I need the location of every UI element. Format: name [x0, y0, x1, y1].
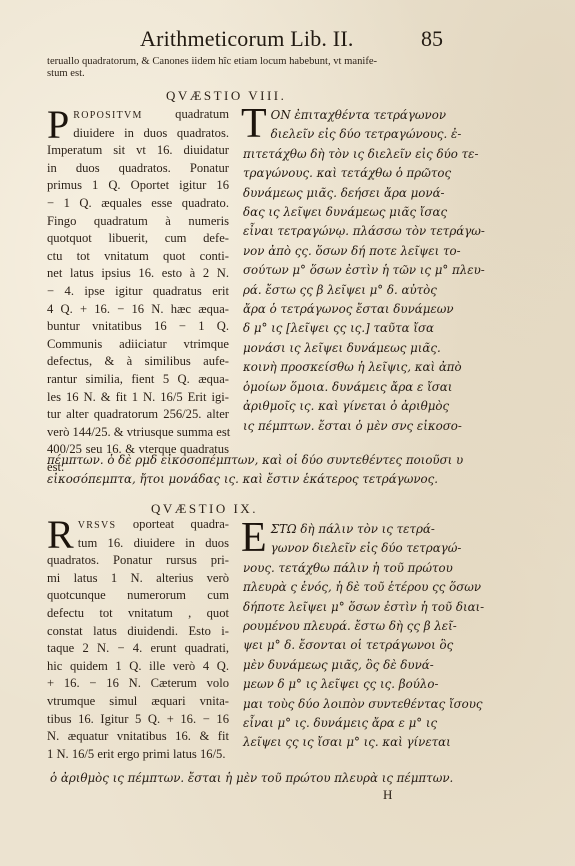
- text-line: ψει μ° δ. ἔσονται οἱ τετράγωνοι ὃς: [243, 636, 443, 655]
- text-line: νον ἀπὸ ςς. ὅσων δή ποτε λεῖψει το-: [243, 242, 443, 261]
- text-line: − 1 Q. æquales esse quadrato.: [47, 195, 229, 213]
- text-line: κοινὴ προσκείσθω ἡ λεῖψις, καὶ ἀπὸ: [243, 358, 443, 377]
- text-line: εἰκοσόπεμπτα, ἤτοι μονάδας ις. καὶ ἔστιν…: [47, 470, 467, 489]
- text-line: ΟΝ ἐπιταχθέντα τετράγωνον: [243, 106, 443, 125]
- smallcaps-word: ROPOSITVM: [73, 110, 143, 121]
- quaestio-8-title: QVÆSTIO VIII.: [166, 88, 286, 104]
- text-line: διελεῖν εἰς δύο τετραγώνους. ἐ-: [243, 125, 443, 144]
- text-line: δήποτε λεῖψει μ° ὅσων ἐστὶν ἡ τοῦ διαι-: [243, 598, 443, 617]
- text-line: teruallo quadratorum, & Canones iidem hî…: [47, 56, 407, 68]
- text-line: σούτων μ° ὅσων ἐστὶν ἡ τῶν ις μ° πλευ-: [243, 261, 443, 280]
- quaestio-9-latin-column: R VRSVS oporteat quadra- tum 16. diuider…: [47, 516, 229, 763]
- text-line: μὲν δυνάμεως μιᾶς, ὃς δὲ δυνά-: [243, 656, 443, 675]
- text-line: ις πέμπτων. ἔσται ὁ μὲν σνς εἰκοσο-: [243, 417, 443, 436]
- text-line: tum 16. diuidere in duos: [47, 535, 229, 553]
- text-line: Communis adiiciatur vtrimque: [47, 336, 229, 354]
- text-line: Fingo quadratum à numeris: [47, 213, 229, 231]
- text-line: quotquot libuerit, cum defe-: [47, 230, 229, 248]
- text-line: μαι τοὺς δύο λοιπὸν συντεθέντας ἴσους: [243, 695, 443, 714]
- text-line: tur alter quadratorum 256/25. alter: [47, 406, 229, 424]
- text-line: mi latus 1 N. alterius verò: [47, 570, 229, 588]
- text-line: VRSVS oporteat quadra-: [47, 516, 229, 535]
- text-line: δας ις λεῖψει δυνάμεως μιᾶς ἴσας: [243, 203, 443, 222]
- text-line: + 16. − 16 N. Cæterum volo: [47, 675, 229, 693]
- dropcap-letter: R: [47, 518, 74, 552]
- text-line: les 16 N. & fit 1 N. 16/5 Erit igi-: [47, 389, 229, 407]
- text-line: μεων δ μ° ις λεῖψει ςς ις. βούλο-: [243, 675, 443, 694]
- signature-mark: H: [383, 787, 392, 803]
- text-line: εἶναι τετραγώνῳ. πλάσσω τὸν τετράγω-: [243, 222, 443, 241]
- text-line: − 4. ipse igitur quadratus erit: [47, 283, 229, 301]
- text-line: Imperatum sit vt 16. diuidatur: [47, 142, 229, 160]
- dropcap-letter: Ε: [241, 520, 267, 556]
- text-line: ρουμένου πλευρά. ἔστω δὴ ςς β λεῖ-: [243, 617, 443, 636]
- text-line: verò 144/25. & vtriusque summa est: [47, 424, 229, 442]
- text-line: in duos quadratos. Ponatur: [47, 160, 229, 178]
- quaestio-8-latin-column: P ROPOSITVM quadratum diuidere in duos q…: [47, 106, 229, 476]
- text-line: constat latus diuidendi. Esto i-: [47, 623, 229, 641]
- text-line: quadratos. Ponatur rursus pri-: [47, 552, 229, 570]
- text-line: μονάσι ις λεῖψει δυνάμεως μιᾶς.: [243, 339, 443, 358]
- text-line: τραγώνους. καὶ τετάχθω ὁ πρῶτος: [243, 164, 443, 183]
- text-line: tibus 16. Igitur 5 Q. + 16. − 16: [47, 711, 229, 729]
- carry-over-paragraph: teruallo quadratorum, & Canones iidem hî…: [47, 56, 407, 80]
- text-line: vtrumque simul æquari vnita-: [47, 693, 229, 711]
- book-page: Arithmeticorum Lib. II. 85 teruallo quad…: [0, 0, 575, 866]
- text-line: ROPOSITVM quadratum: [47, 106, 229, 125]
- quaestio-8-greek-conclusion: πέμπτων. ὁ δὲ ρμδ εἰκοσοπέμπτων, καὶ οἱ …: [47, 451, 467, 490]
- text-line: primus 1 Q. Oportet igitur 16: [47, 177, 229, 195]
- quaestio-9-greek-conclusion: ὁ ἀριθμὸς ις πέμπτων. ἔσται ἡ μὲν τοῦ πρ…: [50, 769, 470, 788]
- text-line: ἀριθμοῖς ις. καὶ γίνεται ὁ ἀριθμὸς: [243, 397, 443, 416]
- text-line: quotcunque numerorum cum: [47, 587, 229, 605]
- text-line: stum est.: [47, 68, 407, 80]
- text-line: νους. τετάχθω πάλιν ἡ τοῦ πρώτου: [243, 559, 443, 578]
- text-line: εἶναι μ° ις. δυνάμεις ἄρα ε μ° ις: [243, 714, 443, 733]
- text-line: taque 2 N. − 4. erunt quadrati,: [47, 640, 229, 658]
- text-line: N. æquatur vnitatibus 16. & fit: [47, 728, 229, 746]
- text-line: ὁμοίων ὅμοια. δυνάμεις ἄρα ε ἴσαι: [243, 378, 443, 397]
- text-line: ὁ ἀριθμὸς ις πέμπτων. ἔσται ἡ μὲν τοῦ πρ…: [50, 769, 470, 788]
- text-line: net latus ipsius 16. esto à 2 N.: [47, 265, 229, 283]
- text-line: buntur vnitatibus 16 − 1 Q.: [47, 318, 229, 336]
- text-line: 4 Q. + 16. − 16 N. hæc æqua-: [47, 301, 229, 319]
- text-line: ctu tot vnitatum quot conti-: [47, 248, 229, 266]
- text-line: γωνον διελεῖν εἰς δύο τετραγώ-: [243, 539, 443, 558]
- dropcap-letter: T: [241, 106, 267, 142]
- text-line: hic quidem 1 Q. ille verò 4 Q.: [47, 658, 229, 676]
- text-line: πιτετάχθω δὴ τὸν ις διελεῖν εἰς δύο τε-: [243, 145, 443, 164]
- text-line: δυνάμεως μιᾶς. δεήσει ἄρα μονά-: [243, 184, 443, 203]
- text-line: λεῖψει ςς ις ἴσαι μ° ις. καὶ γίνεται: [243, 733, 443, 752]
- quaestio-9-greek-column: Ε ΣΤΩ δὴ πάλιν τὸν ις τετρά- γωνον διελε…: [243, 520, 443, 753]
- running-head: Arithmeticorum Lib. II.: [140, 26, 440, 52]
- dropcap-letter: P: [47, 108, 69, 142]
- quaestio-8-greek-column: T ΟΝ ἐπιταχθέντα τετράγωνον διελεῖν εἰς …: [243, 106, 443, 436]
- text-line: ΣΤΩ δὴ πάλιν τὸν ις τετρά-: [243, 520, 443, 539]
- text-line: diuidere in duos quadratos.: [47, 125, 229, 143]
- text-line: ἄρα ὁ τετράγωνος ἔσται δυνάμεων: [243, 300, 443, 319]
- text-line: πέμπτων. ὁ δὲ ρμδ εἰκοσοπέμπτων, καὶ οἱ …: [47, 451, 467, 470]
- text-line: defectu tot vnitatum , quot: [47, 605, 229, 623]
- smallcaps-word: VRSVS: [78, 520, 117, 531]
- text-line: defectus, & à similibus aufe-: [47, 353, 229, 371]
- text-line: δ μ° ις [λεῖψει ςς ις.] ταῦτα ἴσα: [243, 319, 443, 338]
- text-line: rantur similia, fient 5 Q. æqua-: [47, 371, 229, 389]
- text-line: πλευρὰ ς ἑνός, ἡ δὲ τοῦ ἑτέρου ςς ὅσων: [243, 578, 443, 597]
- text-line: 1 N. 16/5 erit ergo primi latus 16/5.: [47, 746, 229, 764]
- text-line: ρά. ἔστω ςς β λεῖψει μ° δ. αὐτὸς: [243, 281, 443, 300]
- page-number: 85: [421, 26, 443, 52]
